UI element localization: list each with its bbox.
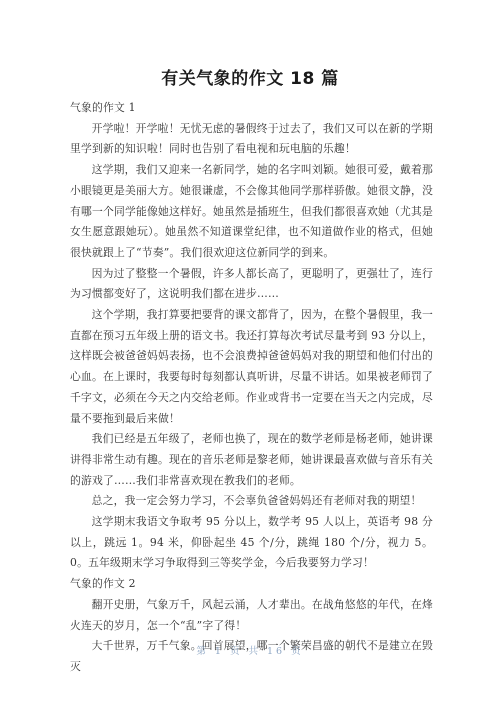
document-body: 气象的作文 1开学啦！开学啦！无忧无虑的暑假终于过去了，我们又可以在新的学期里学…	[70, 98, 433, 678]
paragraph: 这个学期，我打算要把要背的课文都背了，因为，在整个暑假里，我一直都在预习五年级上…	[70, 305, 433, 429]
section-heading: 气象的作文 2	[70, 574, 433, 595]
section-heading: 气象的作文 1	[70, 98, 433, 119]
paragraph: 开学啦！开学啦！无忧无虑的暑假终于过去了，我们又可以在新的学期里学到新的知识啦！…	[70, 119, 433, 160]
paragraph: 我们已经是五年级了，老师也换了，现在的数学老师是杨老师，她讲课讲得非常生动有趣。…	[70, 429, 433, 491]
paragraph: 这学期末我语文争取考 95 分以上，数学考 95 人以上，英语考 98 分以上，…	[70, 512, 433, 574]
page-number-footer: 第 1 页 共 16 页	[0, 643, 500, 657]
document-page: 有关气象的作文 18 篇 气象的作文 1开学啦！开学啦！无忧无虑的暑假终于过去了…	[0, 0, 500, 707]
paragraph: 这学期，我们又迎来一名新同学，她的名字叫刘颖。她很可爱，戴着那小眼镜更是美丽大方…	[70, 160, 433, 264]
paragraph: 总之，我一定会努力学习，不会辜负爸爸妈妈还有老师对我的期望！	[70, 491, 433, 512]
paragraph: 翻开史册，气象万千，风起云涌，人才辈出。在战角悠悠的年代，在烽火连天的岁月，怎一…	[70, 595, 433, 636]
document-title: 有关气象的作文 18 篇	[0, 0, 500, 90]
paragraph: 因为过了整整一个暑假，许多人都长高了，更聪明了，更强壮了，连行为习惯都变好了，这…	[70, 264, 433, 305]
